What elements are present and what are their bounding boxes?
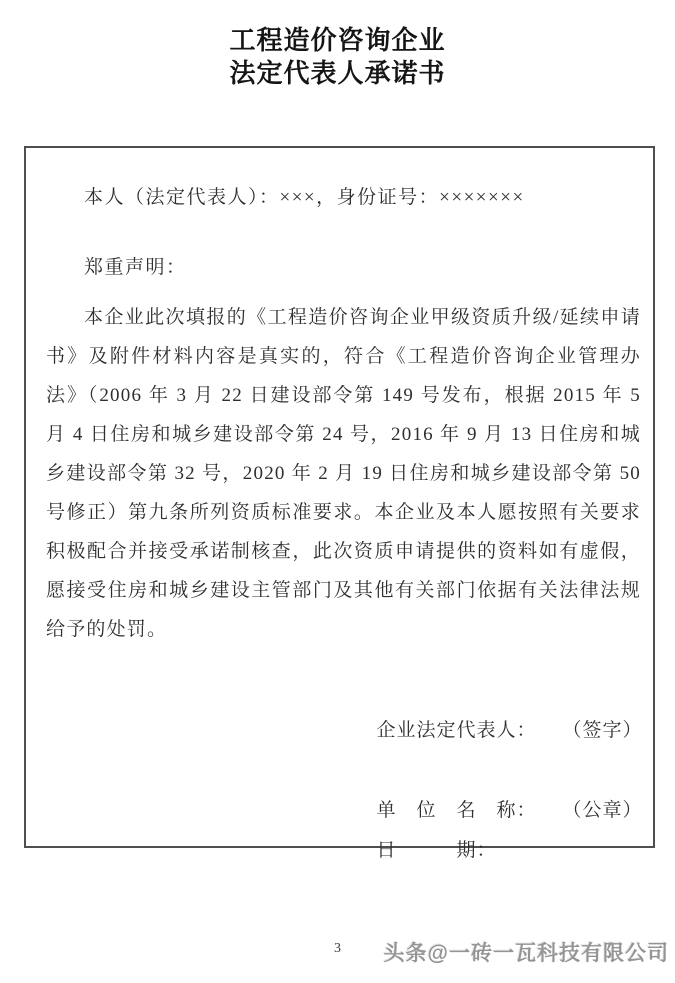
document-title: 工程造价咨询企业 法定代表人承诺书 [0,24,675,90]
content-border-box: 本人（法定代表人）：×××，身份证号：××××××× 郑重声明： 本企业此次填报… [24,146,655,848]
watermark: 头条@一砖一瓦科技有限公司 [384,937,669,967]
unit-name-seal-placeholder: （公章） [563,800,643,821]
title-line-1: 工程造价咨询企业 [229,25,445,55]
title-line-2: 法定代表人承诺书 [229,58,445,88]
identity-line: 本人（法定代表人）：×××，身份证号：××××××× [46,178,639,217]
declaration-heading: 郑重声明： [46,248,639,287]
legal-rep-sign-placeholder: （签字） [563,720,643,741]
legal-rep-label: 企业法定代表人： [377,718,563,744]
declaration-paragraph: 本企业此次填报的《工程造价咨询企业甲级资质升级/延续申请书》及附件材料内容是真实… [46,298,641,649]
signature-row-legal-rep: 企业法定代表人：（签字） [342,692,643,770]
date-label: 日 期： [377,838,563,864]
signature-row-date: 日 期： [342,812,563,890]
document-page: 工程造价咨询企业 法定代表人承诺书 本人（法定代表人）：×××，身份证号：×××… [0,0,675,983]
